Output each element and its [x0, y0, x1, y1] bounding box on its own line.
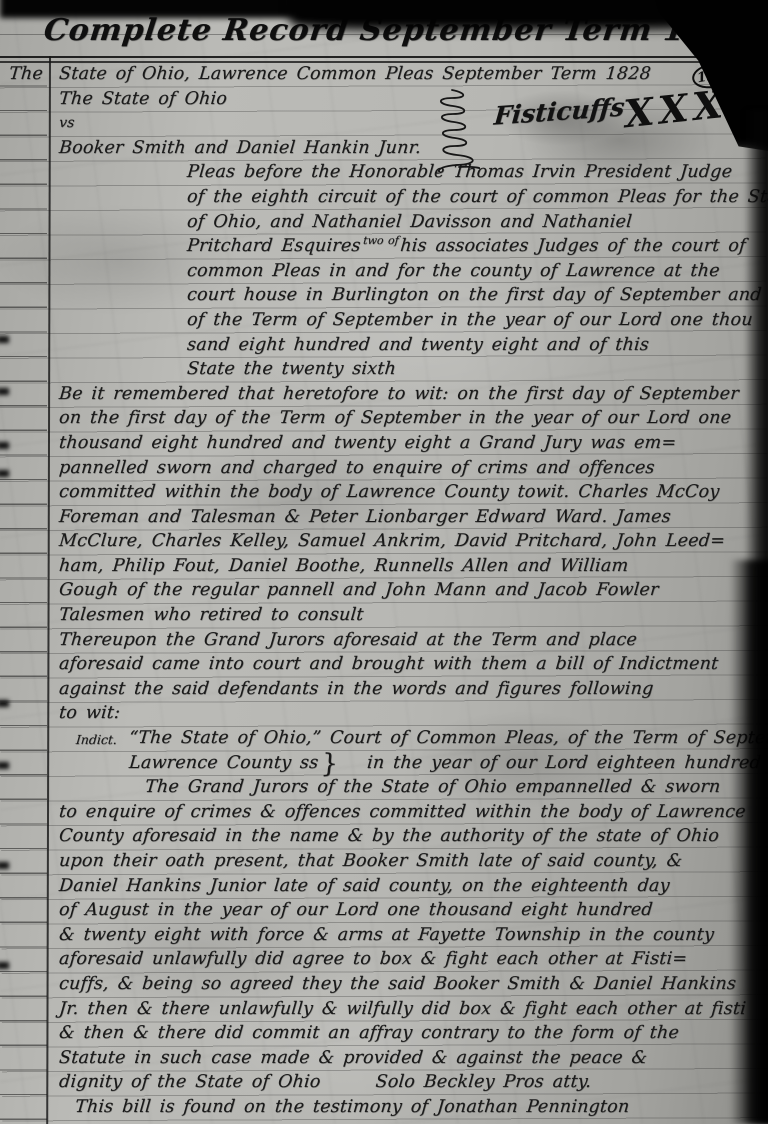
record-line: & twenty eight with force & arms at Faye…: [58, 923, 768, 948]
record-line: of Ohio, and Nathaniel Davisson and Nath…: [186, 210, 768, 235]
edge-mark: [0, 442, 9, 449]
ledger-page: Complete Record September Term 1828 2d D…: [0, 0, 768, 1124]
record-line-pre: Pritchard Esquires: [186, 236, 361, 256]
margin-word: The: [8, 62, 44, 87]
record-line: aforesaid came into court and brought wi…: [58, 652, 768, 677]
venue-county: Lawrence County ss: [128, 753, 319, 773]
record-line: to wit:: [58, 701, 768, 726]
record-line: Statute in such case made & provided & a…: [58, 1046, 768, 1071]
record-line: Be it remembered that heretofore to wit:…: [58, 382, 768, 407]
record-line: cuffs, & being so agreed they the said B…: [58, 972, 768, 997]
closing-text: dignity of the State of Ohio: [58, 1072, 321, 1092]
record-line: Talesmen who retired to consult: [58, 603, 768, 628]
record-line: to enquire of crimes & offences committe…: [58, 800, 768, 825]
record-line: on the first day of the Term of Septembe…: [58, 406, 768, 431]
venue-year: in the year of our Lord eighteen hundred…: [366, 753, 768, 773]
record-line: aforesaid unlawfully did agree to box & …: [58, 947, 768, 972]
edge-mark: [0, 862, 9, 869]
record-line: thousand eight hundred and twenty eight …: [58, 431, 768, 456]
testimony-line: This bill is found on the testimony of J…: [74, 1095, 768, 1120]
indictment-caption-text: “The State of Ohio,” Court of Common Ple…: [128, 728, 768, 748]
edge-mark: [0, 700, 9, 707]
record-line-with-insertion: Pritchard Esquirestwo ofhis associates J…: [186, 234, 768, 259]
record-line: Foreman and Talesman & Peter Lionbarger …: [58, 505, 768, 530]
record-line: McClure, Charles Kelley, Samuel Ankrim, …: [58, 529, 768, 554]
record-line: upon their oath present, that Booker Smi…: [58, 849, 768, 874]
record-line: ham, Philip Fout, Daniel Boothe, Runnell…: [58, 554, 768, 579]
record-line: of August in the year of our Lord one th…: [58, 898, 768, 923]
record-line: State the twenty sixth: [186, 357, 768, 382]
margin-note: Indict.: [75, 728, 118, 753]
record-line: County aforesaid in the name & by the au…: [58, 824, 768, 849]
record-line: of the eighth circuit of the court of co…: [186, 185, 768, 210]
record-body: The State of Ohio, Lawrence Common Pleas…: [0, 62, 768, 1120]
court-term-text: State of Ohio, Lawrence Common Pleas Sep…: [58, 64, 651, 84]
edge-mark: [0, 762, 9, 769]
record-line: committed within the body of Lawrence Co…: [58, 480, 768, 505]
record-line: sand eight hundred and twenty eight and …: [186, 333, 768, 358]
record-line: court house in Burlington on the first d…: [186, 283, 768, 308]
record-line: pannelled sworn and charged to enquire o…: [58, 456, 768, 481]
venue-line: Lawrence County ss}in the year of our Lo…: [128, 751, 768, 776]
record-line: common Pleas in and for the county of La…: [186, 259, 768, 284]
record-line: against the said defendants in the words…: [58, 677, 768, 702]
record-line-post: his associates Judges of the court of: [399, 236, 746, 256]
inserted-text: two of: [363, 236, 400, 246]
court-term-line: The State of Ohio, Lawrence Common Pleas…: [58, 62, 768, 87]
edge-mark: [0, 962, 9, 969]
record-line: & then & there did commit an affray cont…: [58, 1021, 768, 1046]
edge-mark: [0, 388, 9, 395]
header-double-rule-top: [0, 56, 768, 58]
edge-mark: [0, 470, 9, 477]
defendants-line: Booker Smith and Daniel Hankin Junr.: [58, 136, 768, 161]
record-line: Gough of the regular pannell and John Ma…: [58, 578, 768, 603]
coil-flourish-icon: [418, 88, 480, 172]
record-line: Daniel Hankins Junior late of said count…: [58, 874, 768, 899]
record-line: The Grand Jurors of the State of Ohio em…: [58, 775, 768, 800]
page-header-title: Complete Record September Term 1828 2d D…: [42, 13, 768, 48]
prosecutor-signature: Solo Beckley Pros atty.: [375, 1072, 592, 1092]
indictment-caption-line: Indict. “The State of Ohio,” Court of Co…: [128, 726, 768, 751]
edge-mark: [0, 336, 9, 343]
record-line: of the Term of September in the year of …: [186, 308, 768, 333]
closing-line: dignity of the State of OhioSolo Beckley…: [58, 1070, 768, 1095]
record-line: Jr. then & there unlawfully & wilfully d…: [58, 997, 768, 1022]
record-line: Thereupon the Grand Jurors aforesaid at …: [58, 628, 768, 653]
